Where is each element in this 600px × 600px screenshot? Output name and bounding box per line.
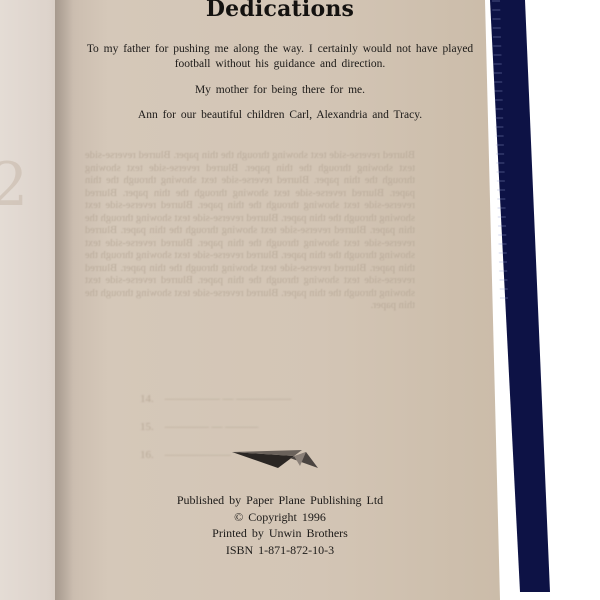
book-photo: 2 Blurred reverse-side text showing thro… (0, 0, 600, 600)
dedication-mother: My mother for being there for me. (75, 83, 485, 98)
bleed-through-text: Blurred reverse-side text showing throug… (85, 150, 415, 313)
publisher-line: Published by Paper Plane Publishing Ltd (75, 492, 485, 509)
gutter-shadow (55, 0, 73, 600)
left-page-ghost-glyph: 2 (0, 150, 28, 220)
page-title: Dedications (75, 0, 485, 22)
dedication-family: Ann for our beautiful children Carl, Ale… (75, 108, 485, 123)
copyright-line: © Copyright 1996 (75, 509, 485, 526)
paper-plane-icon (232, 446, 322, 474)
printer-line: Printed by Unwin Brothers (75, 525, 485, 542)
isbn-line: ISBN 1-871-872-10-3 (75, 542, 485, 559)
dedication-father: To my father for pushing me along the wa… (75, 42, 485, 72)
colophon: Published by Paper Plane Publishing Ltd … (75, 492, 485, 558)
